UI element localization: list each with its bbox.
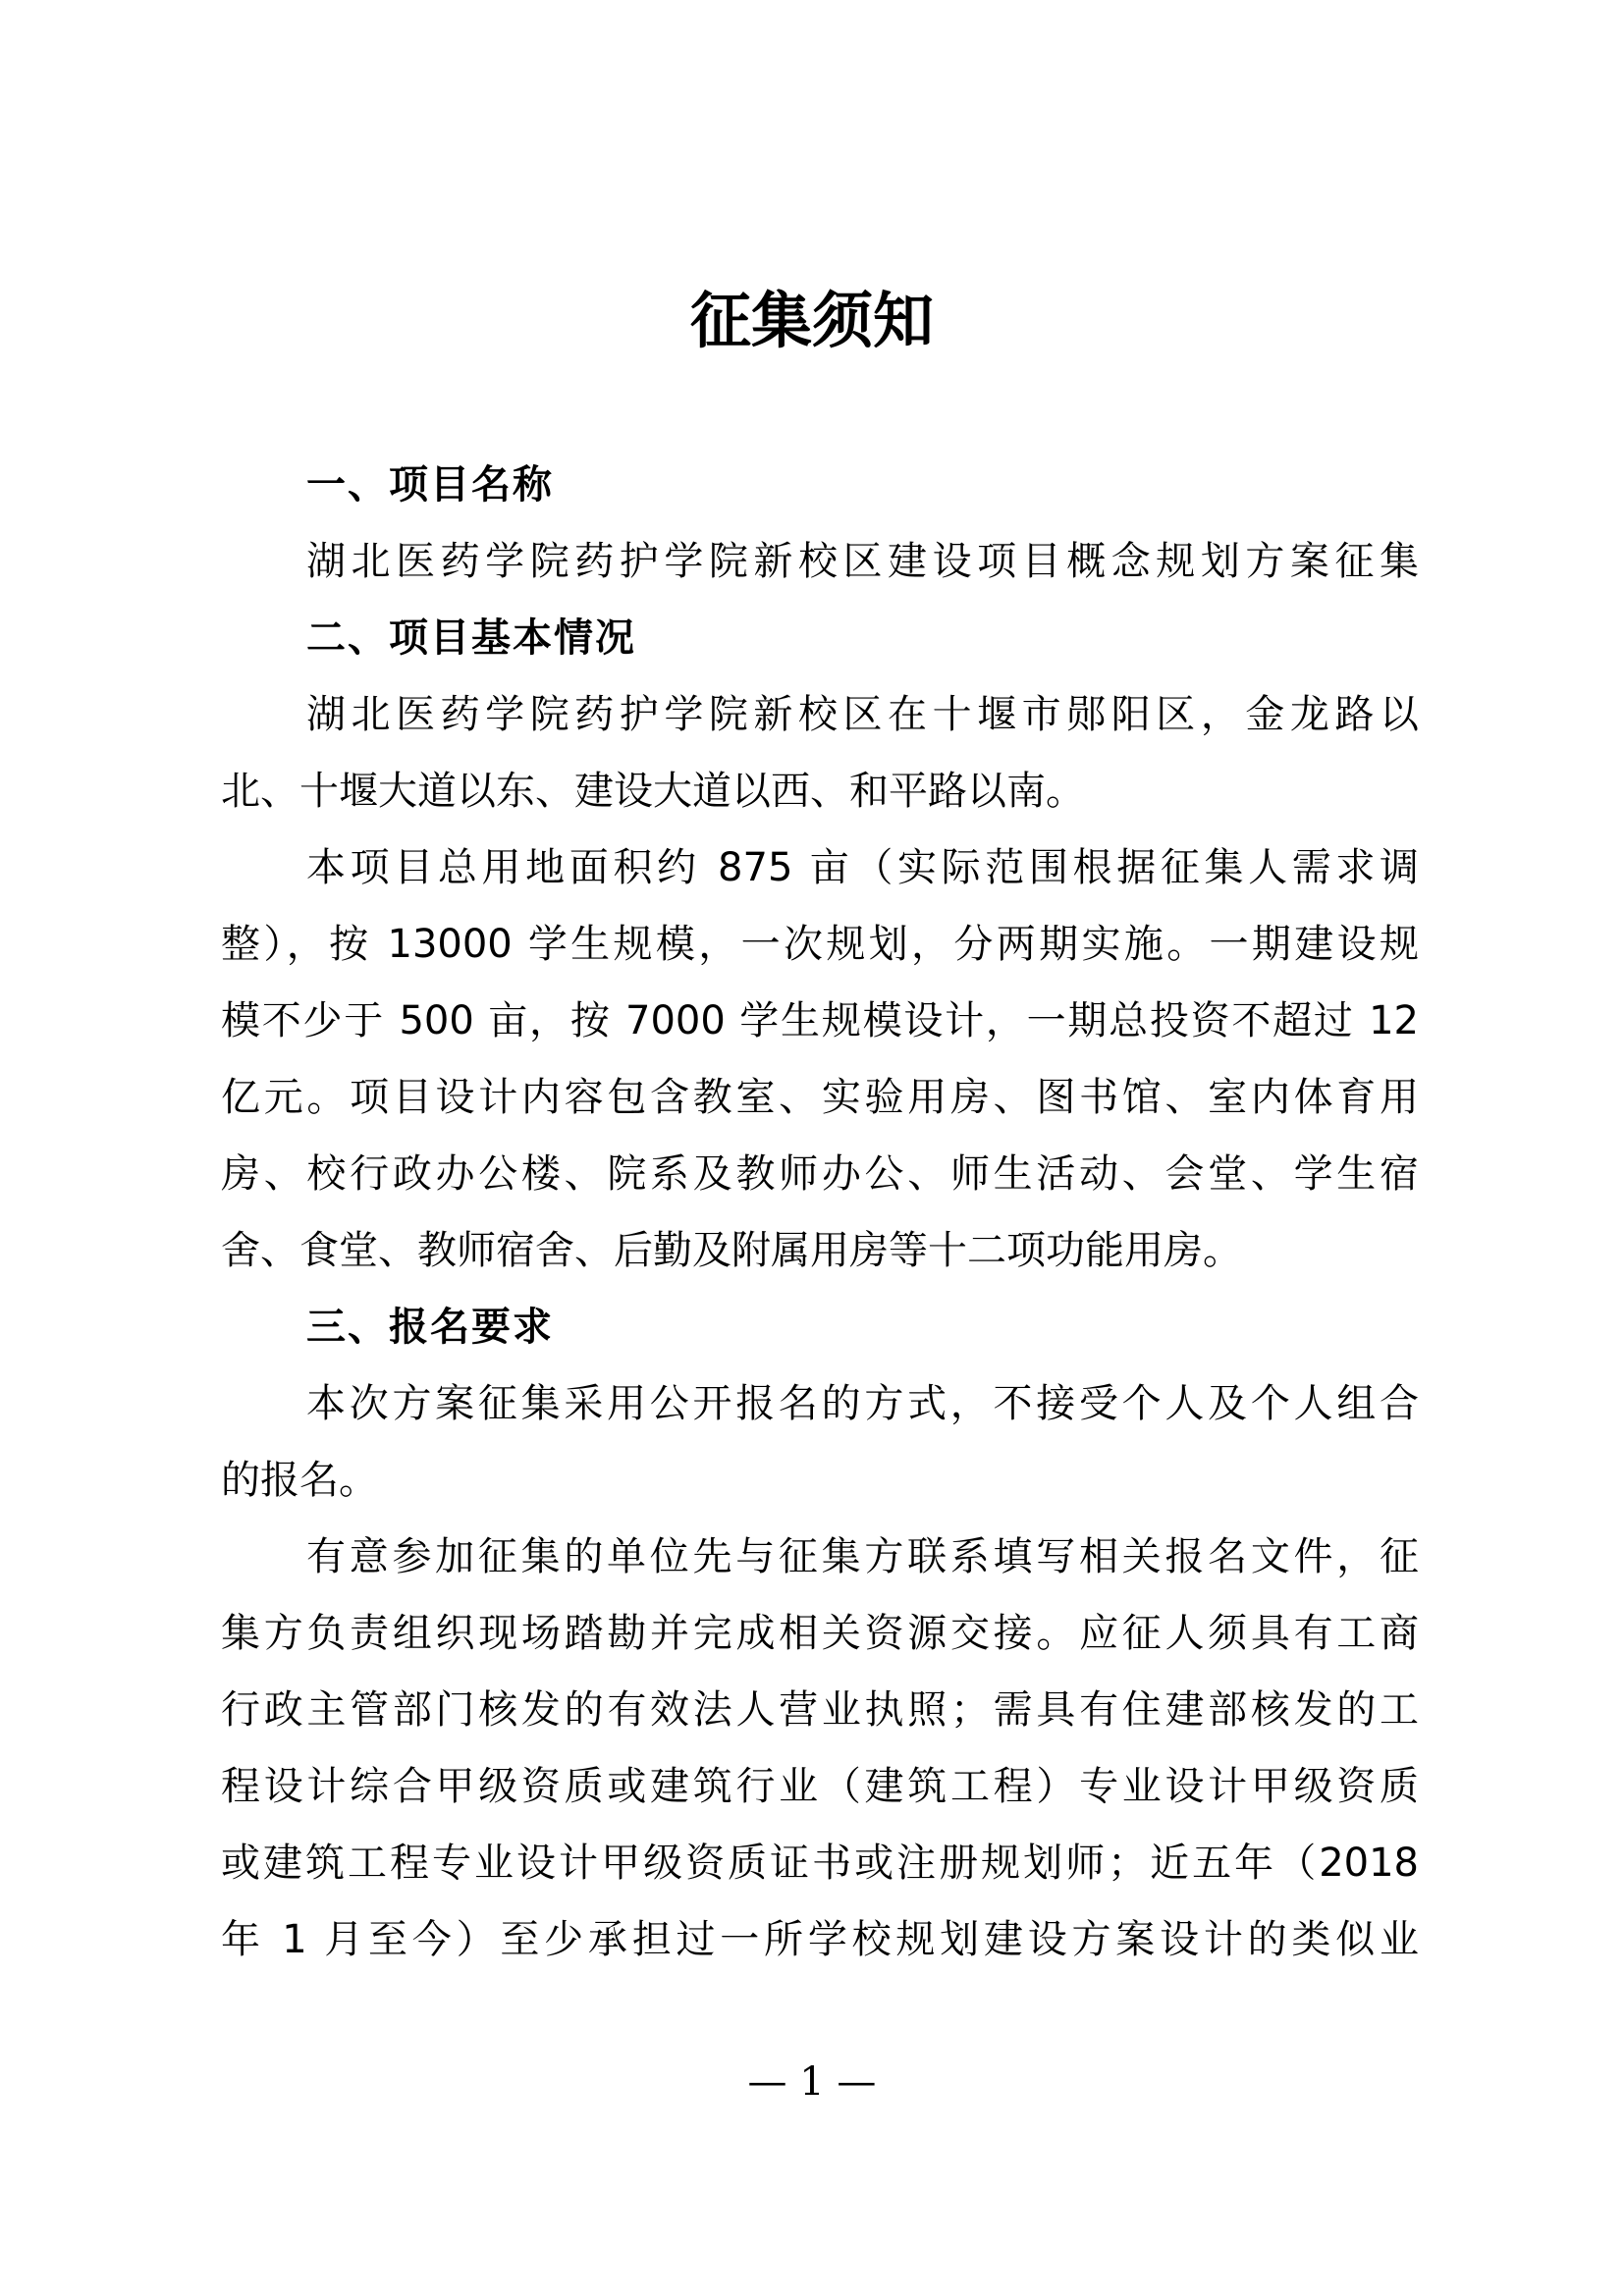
paragraph-line: 程设计综合甲级资质或建筑行业（建筑工程）专业设计甲级资质 xyxy=(221,1759,1419,1814)
paragraph-line: 房、校行政办公楼、院系及教师办公、师生活动、会堂、学生宿 xyxy=(221,1147,1419,1201)
paragraph-line: 集方负责组织现场踏勘并完成相关资源交接。应征人须具有工商 xyxy=(221,1606,1419,1661)
paragraph-line: 舍、食堂、教师宿舍、后勤及附属用房等十二项功能用房。 xyxy=(221,1223,1419,1278)
paragraph-line: 有意参加征集的单位先与征集方联系填写相关报名文件，征 xyxy=(306,1529,1419,1584)
document-page: 征集须知 一、项目名称 湖北医药学院药护学院新校区建设项目概念规划方案征集 二、… xyxy=(0,0,1624,2296)
paragraph-line: 湖北医药学院药护学院新校区建设项目概念规划方案征集 xyxy=(306,534,1419,589)
paragraph-line: 亿元。项目设计内容包含教室、实验用房、图书馆、室内体育用 xyxy=(221,1070,1419,1125)
paragraph-line: 湖北医药学院药护学院新校区在十堰市郧阳区，金龙路以 xyxy=(306,687,1419,742)
paragraph-line: 或建筑工程专业设计甲级资质证书或注册规划师；近五年（2018 xyxy=(221,1836,1419,1891)
paragraph-line: 北、十堰大道以东、建设大道以西、和平路以南。 xyxy=(221,764,1419,819)
paragraph-line: 模不少于 500 亩，按 7000 学生规模设计，一期总投资不超过 12 xyxy=(221,993,1419,1048)
paragraph-line: 本次方案征集采用公开报名的方式，不接受个人及个人组合 xyxy=(306,1376,1419,1431)
section-heading-basic-info: 二、项目基本情况 xyxy=(306,611,1419,666)
document-title: 征集须知 xyxy=(0,287,1624,355)
paragraph-line: 行政主管部门核发的有效法人营业执照；需具有住建部核发的工 xyxy=(221,1682,1419,1737)
page-number: — 1 — xyxy=(0,2057,1624,2107)
paragraph-line: 整），按 13000 学生规模，一次规划，分两期实施。一期建设规 xyxy=(221,917,1419,972)
section-heading-registration: 三、报名要求 xyxy=(306,1300,1419,1355)
paragraph-line: 年 1 月至今）至少承担过一所学校规划建设方案设计的类似业 xyxy=(221,1912,1419,1967)
section-heading-project-name: 一、项目名称 xyxy=(306,457,1419,512)
paragraph-line: 本项目总用地面积约 875 亩（实际范围根据征集人需求调 xyxy=(306,840,1419,895)
paragraph-line: 的报名。 xyxy=(221,1453,1419,1508)
